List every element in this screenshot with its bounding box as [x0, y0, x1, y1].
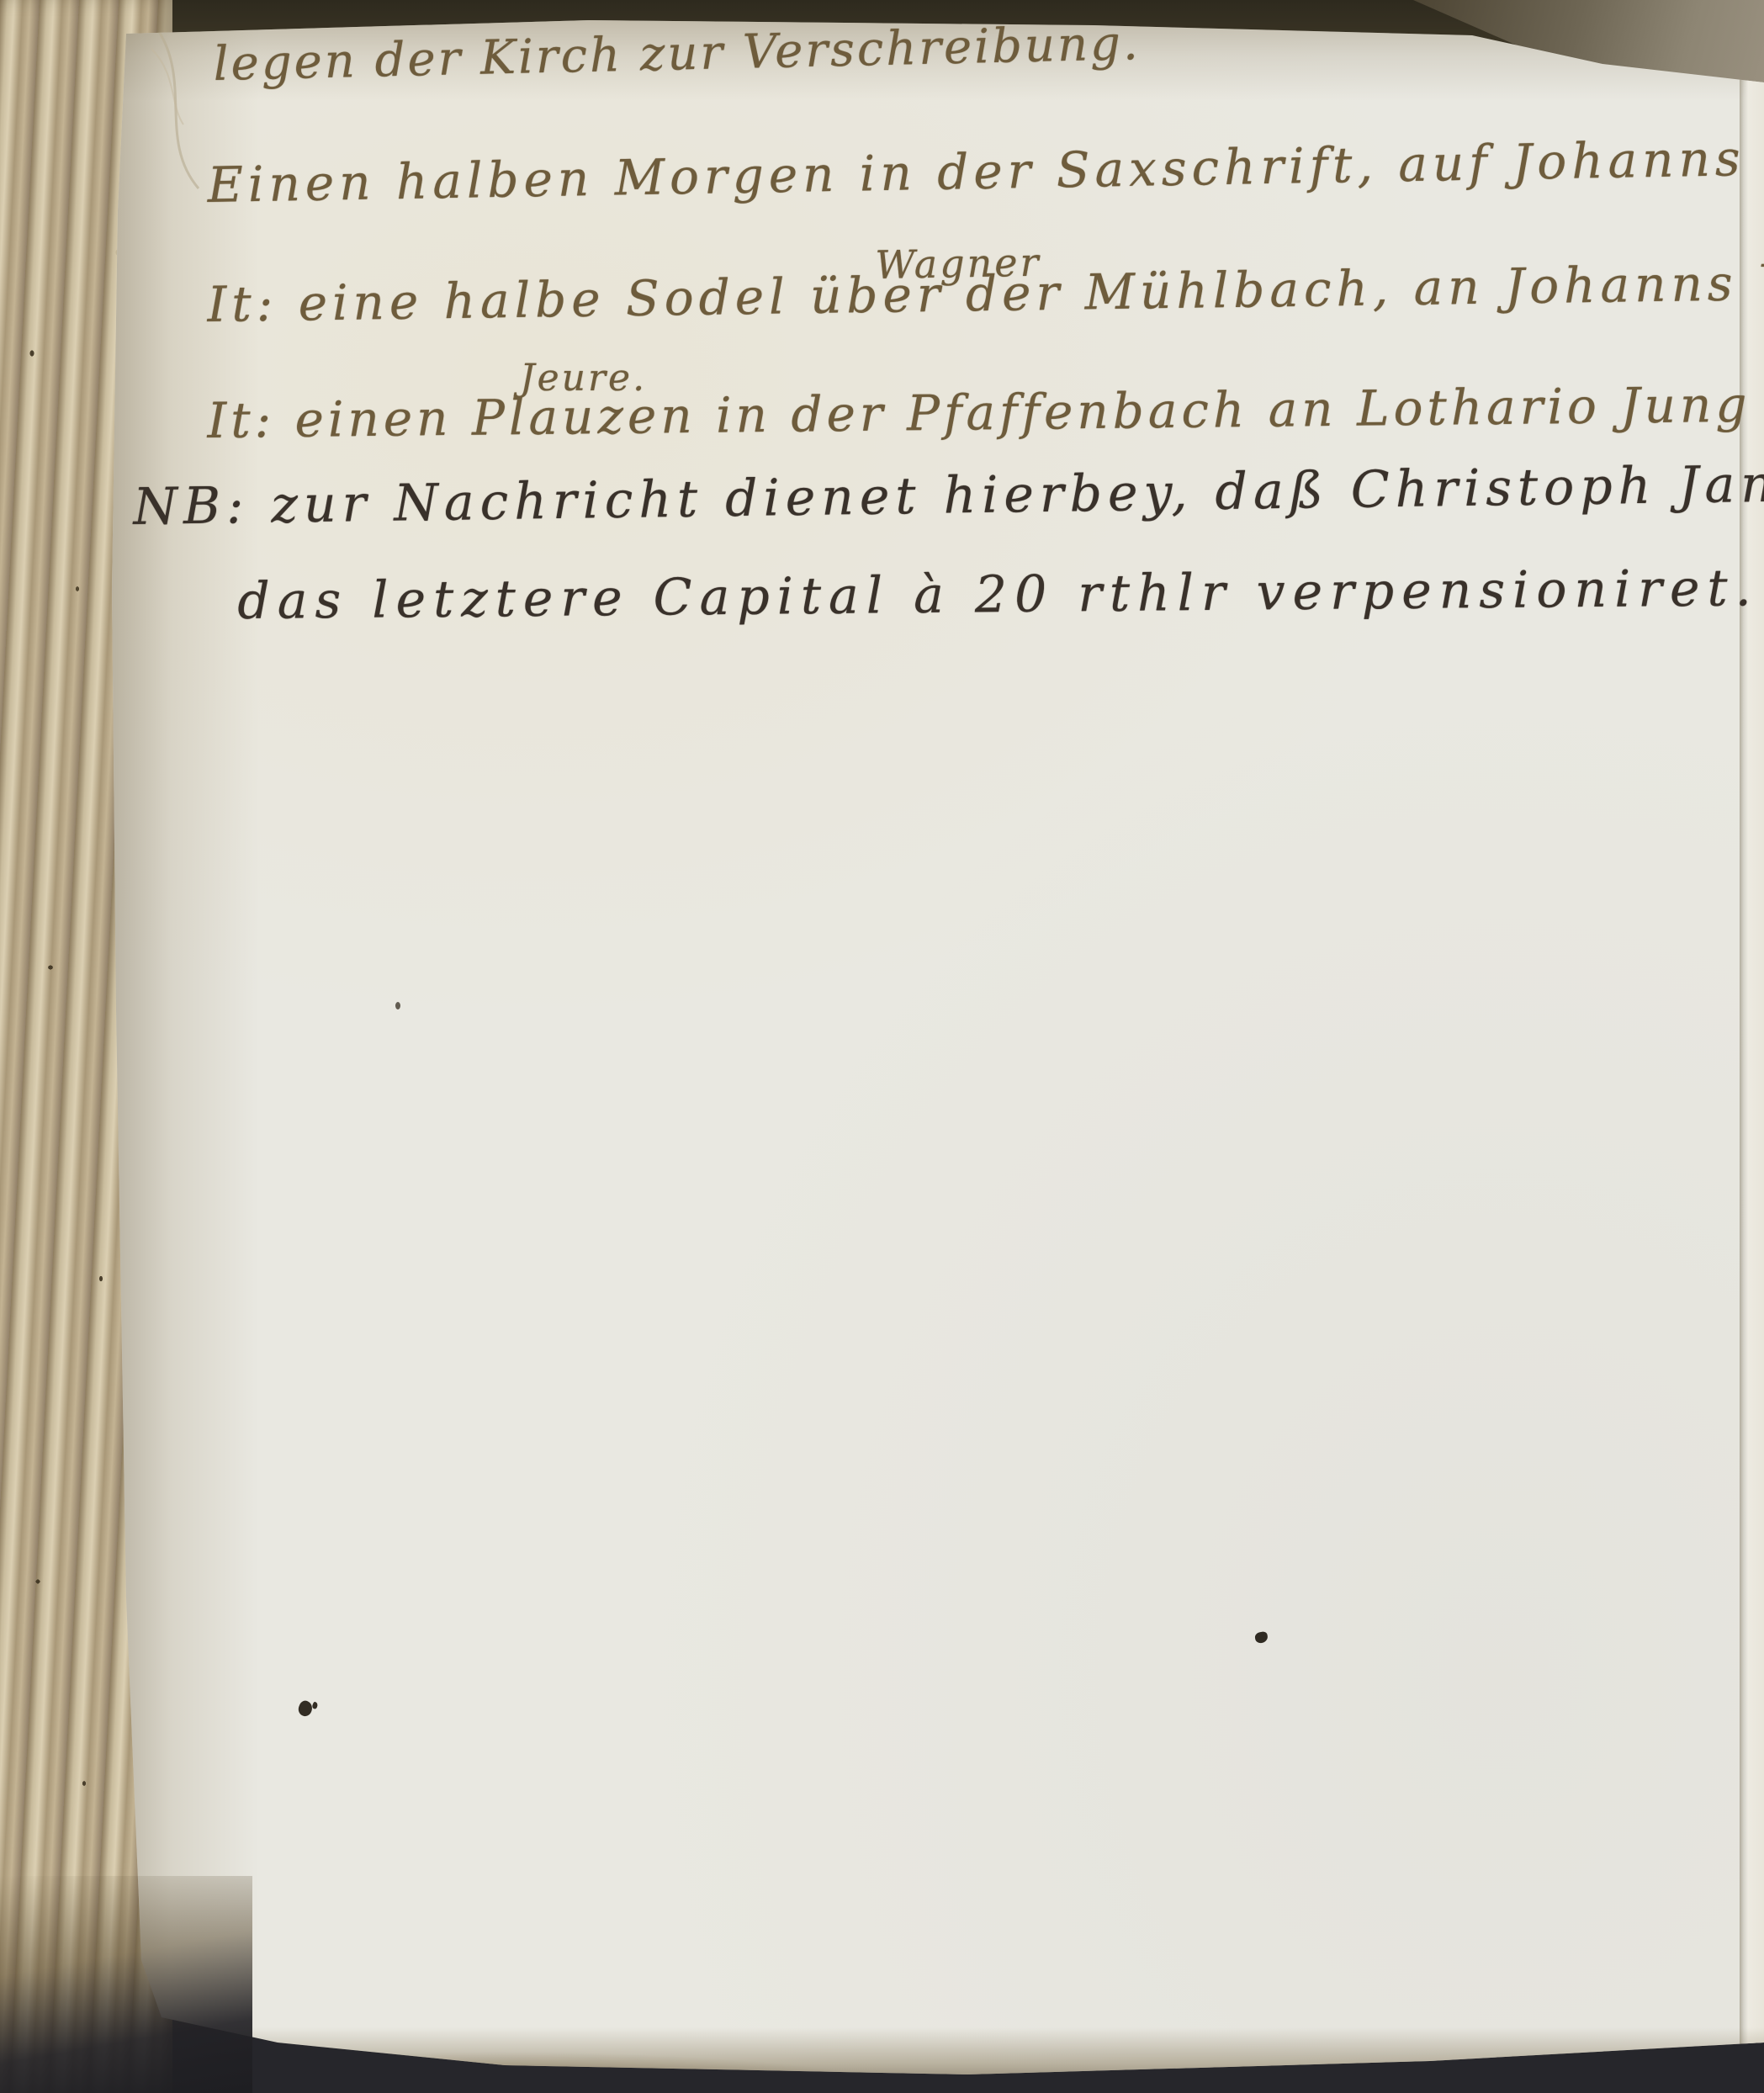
bottom-left-shadow	[0, 1876, 252, 2093]
handwritten-line-2: Einen halben Morgen in der Saxschrift, a…	[207, 130, 1745, 214]
ink-speck	[296, 1699, 315, 1719]
handwritten-line-4: It: einen Plauzen in der Pfaffenbach an …	[207, 376, 1751, 449]
handwritten-note-line-1: NB: zur Nachricht dienet hierbey, daß Ch…	[133, 454, 1764, 537]
archive-scan: legen der Kirch zur Verschreibung. Einen…	[0, 0, 1764, 2093]
ink-speck	[395, 1002, 400, 1009]
handwritten-note-line-2: das letztere Capital à 20 rthlr verpensi…	[237, 559, 1759, 631]
bottom-edge-stain	[0, 2027, 1764, 2093]
ink-speck	[1254, 1631, 1269, 1644]
handwritten-line-3: It: eine halbe Sodel über der Mühlbach, …	[207, 253, 1764, 333]
page-crease-right	[1740, 46, 1764, 2053]
manuscript-page: legen der Kirch zur Verschreibung. Einen…	[0, 0, 1764, 2093]
